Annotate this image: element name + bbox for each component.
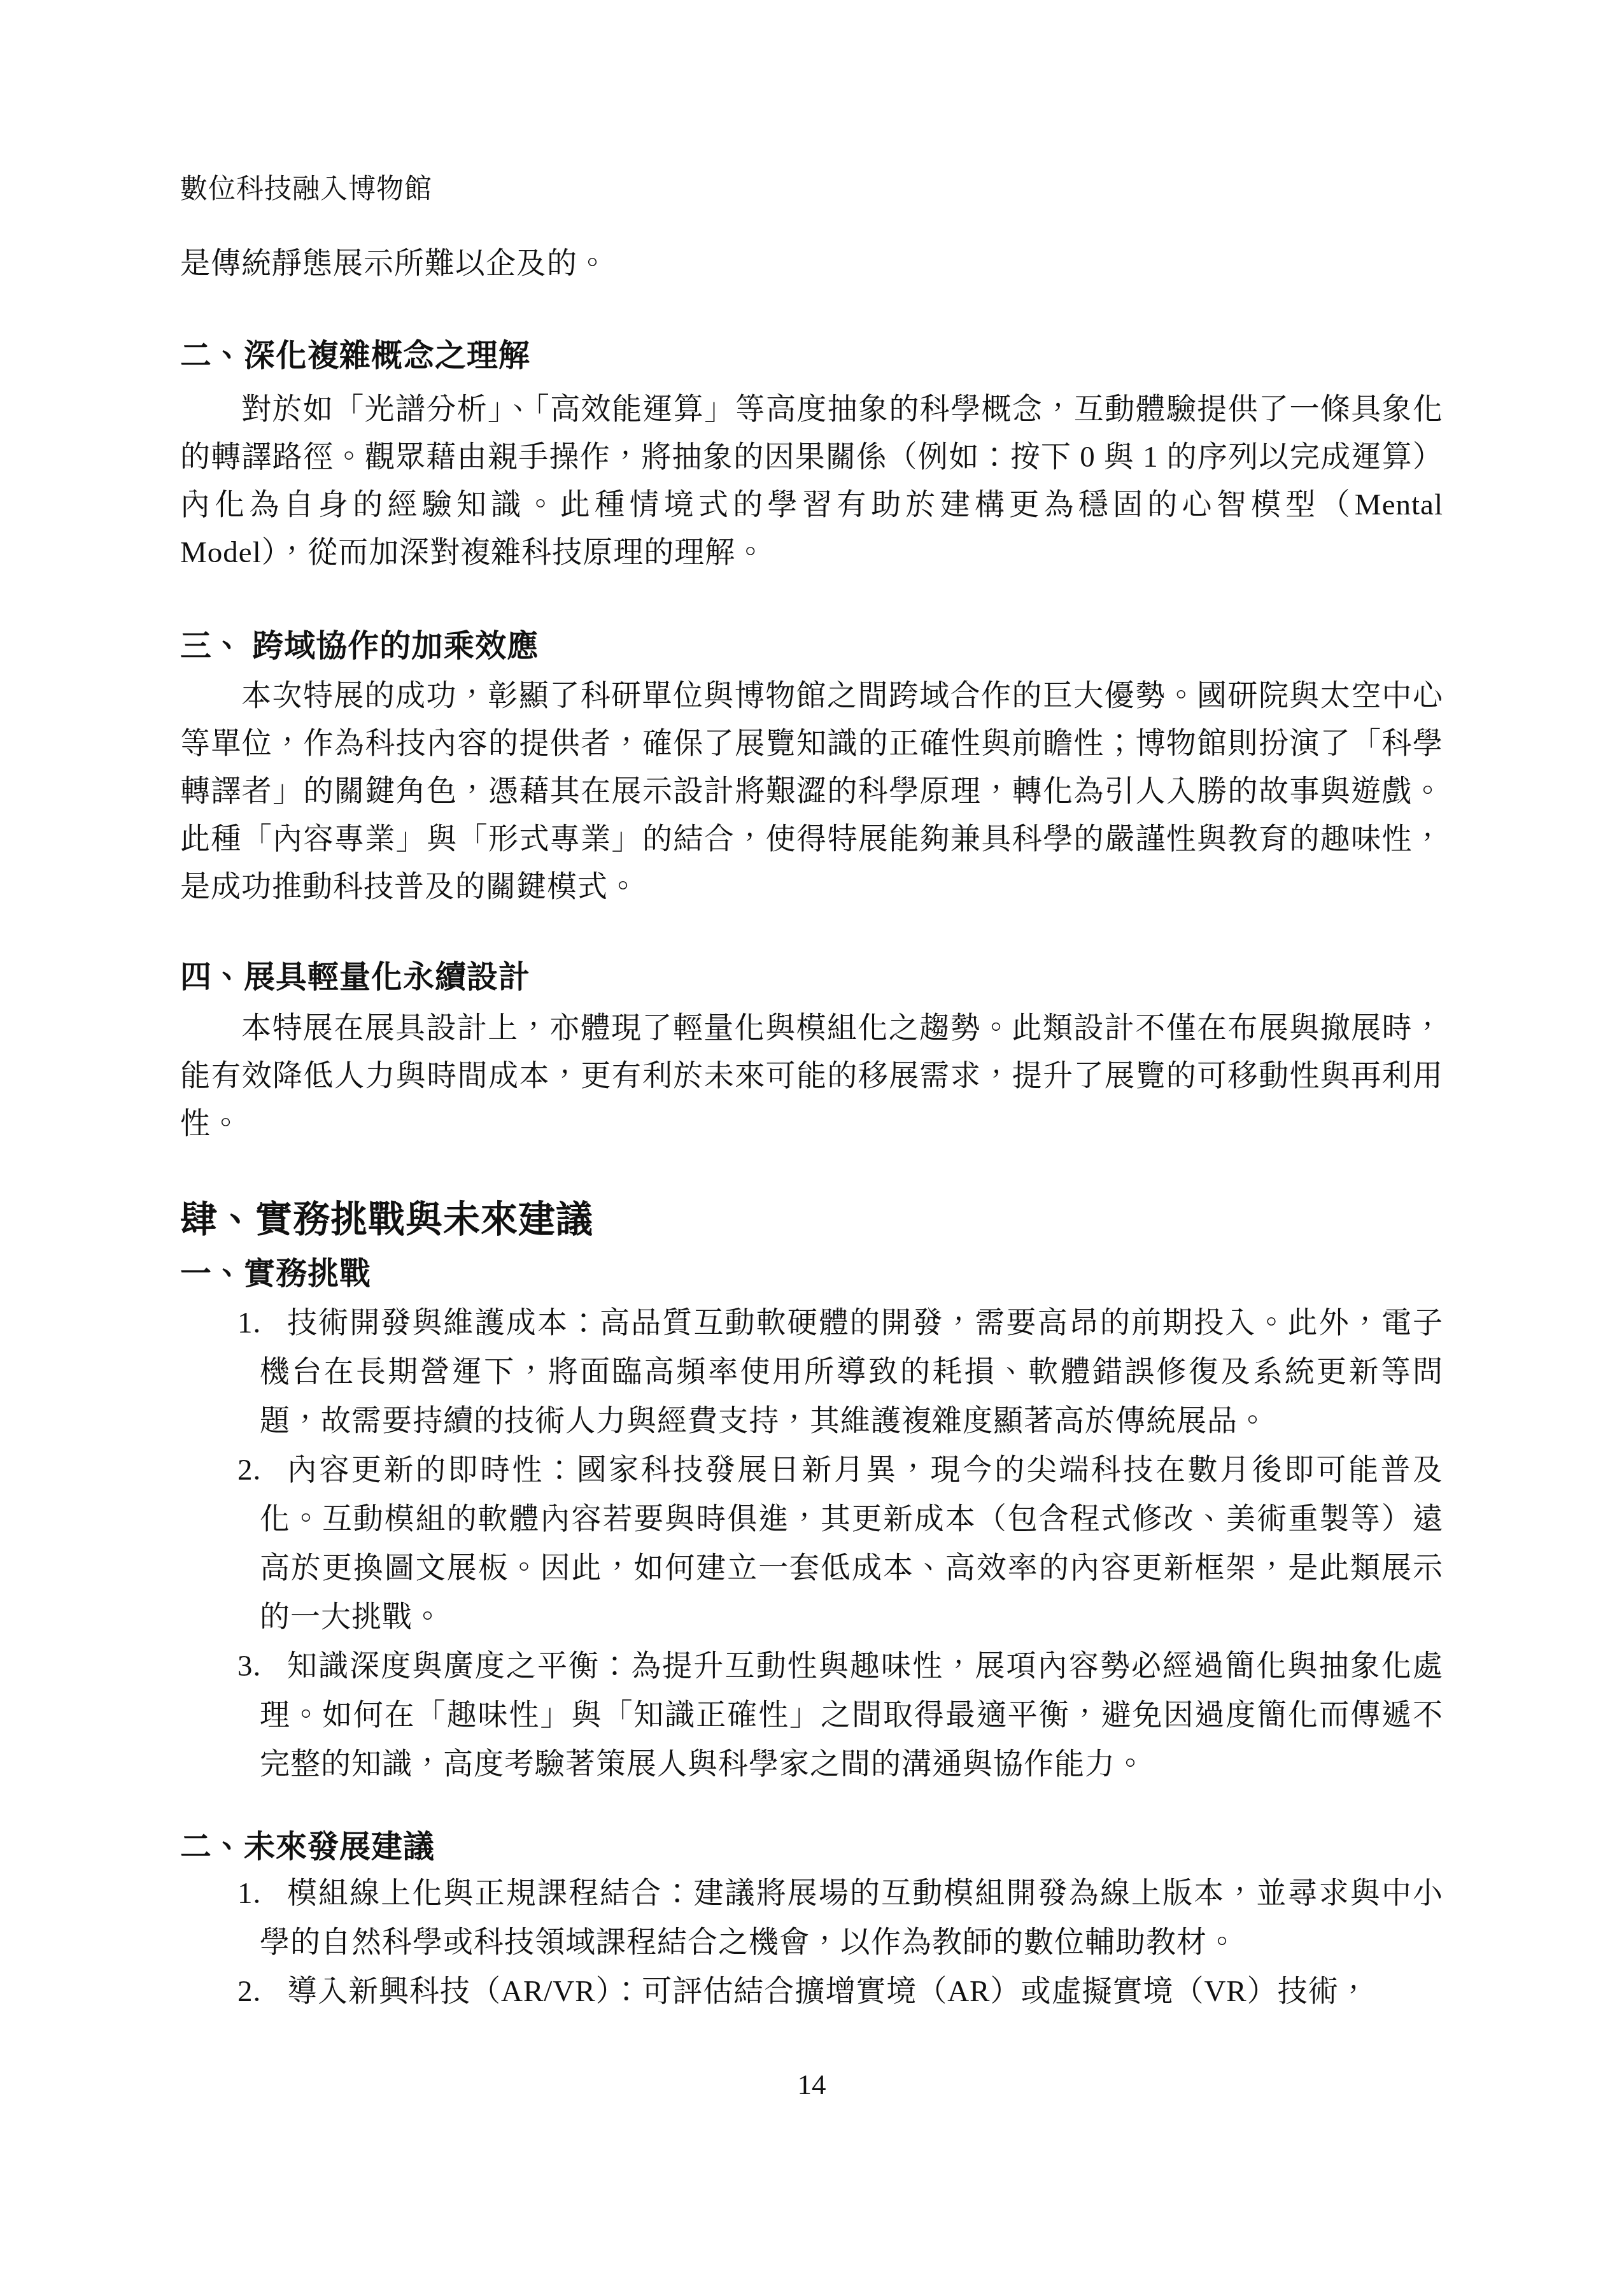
page-number: 14 bbox=[180, 2069, 1443, 2101]
list-item-text: 模組線上化與正規課程結合：建議將展場的互動模組開發為線上版本，並尋求與中小學的自… bbox=[260, 1877, 1443, 1959]
section-heading-lightweight-design: 四、展具輕量化永續設計 bbox=[180, 960, 530, 995]
paragraph-lightweight-design: 本特展在展具設計上，亦體現了輕量化與模組化之趨勢。此類設計不僅在布展與撤展時，能… bbox=[180, 1005, 1443, 1148]
list-item-number: 2. bbox=[237, 1446, 261, 1495]
section-heading-future-suggestions: 二、未來發展建議 bbox=[180, 1830, 435, 1865]
page-content: 數位科技融入博物館 是傳統靜態展示所難以企及的。 二、深化複雜概念之理解 對於如… bbox=[180, 0, 1443, 2278]
list-item-number: 3. bbox=[237, 1642, 261, 1691]
list-item-number: 2. bbox=[237, 1967, 261, 2016]
future-suggestions-list: 1. 模組線上化與正規課程結合：建議將展場的互動模組開發為線上版本，並尋求與中小… bbox=[180, 1869, 1443, 2016]
challenges-list: 1. 技術開發與維護成本：高品質互動軟硬體的開發，需要高昂的前期投入。此外，電子… bbox=[180, 1299, 1443, 1789]
document-page: 數位科技融入博物館 是傳統靜態展示所難以企及的。 二、深化複雜概念之理解 對於如… bbox=[0, 0, 1624, 2278]
list-item-text: 導入新興科技（AR/VR）：可評估結合擴增實境（AR）或虛擬實境（VR）技術， bbox=[287, 1975, 1369, 2008]
paragraph-carryover: 是傳統靜態展示所難以企及的。 bbox=[180, 246, 608, 281]
section-heading-practical-challenges: 一、實務挑戰 bbox=[180, 1257, 371, 1292]
list-item: 3. 知識深度與廣度之平衡：為提升互動性與趣味性，展項內容勢必經過簡化與抽象化處… bbox=[180, 1642, 1443, 1789]
list-item: 2. 內容更新的即時性：國家科技發展日新月異，現今的尖端科技在數月後即可能普及化… bbox=[180, 1446, 1443, 1642]
list-item-text: 內容更新的即時性：國家科技發展日新月異，現今的尖端科技在數月後即可能普及化。互動… bbox=[260, 1454, 1443, 1634]
list-item-text: 知識深度與廣度之平衡：為提升互動性與趣味性，展項內容勢必經過簡化與抽象化處理。如… bbox=[260, 1650, 1443, 1781]
paragraph-deepen-concepts: 對於如「光譜分析」、「高效能運算」等高度抽象的科學概念，互動體驗提供了一條具象化… bbox=[180, 386, 1443, 577]
list-item: 2. 導入新興科技（AR/VR）：可評估結合擴增實境（AR）或虛擬實境（VR）技… bbox=[180, 1967, 1443, 2016]
running-header: 數位科技融入博物館 bbox=[180, 174, 432, 204]
list-item-number: 1. bbox=[237, 1299, 261, 1348]
list-item-number: 1. bbox=[237, 1869, 261, 1918]
chapter-heading-challenges-suggestions: 肆、實務挑戰與未來建議 bbox=[180, 1199, 593, 1240]
section-heading-cross-domain: 三、 跨域協作的加乘效應 bbox=[180, 629, 539, 664]
list-item: 1. 模組線上化與正規課程結合：建議將展場的互動模組開發為線上版本，並尋求與中小… bbox=[180, 1869, 1443, 1967]
list-item: 1. 技術開發與維護成本：高品質互動軟硬體的開發，需要高昂的前期投入。此外，電子… bbox=[180, 1299, 1443, 1446]
list-item-text: 技術開發與維護成本：高品質互動軟硬體的開發，需要高昂的前期投入。此外，電子機台在… bbox=[260, 1306, 1443, 1438]
paragraph-cross-domain: 本次特展的成功，彰顯了科研單位與博物館之間跨域合作的巨大優勢。國研院與太空中心等… bbox=[180, 672, 1443, 911]
section-heading-deepen-concepts: 二、深化複雜概念之理解 bbox=[180, 339, 530, 374]
